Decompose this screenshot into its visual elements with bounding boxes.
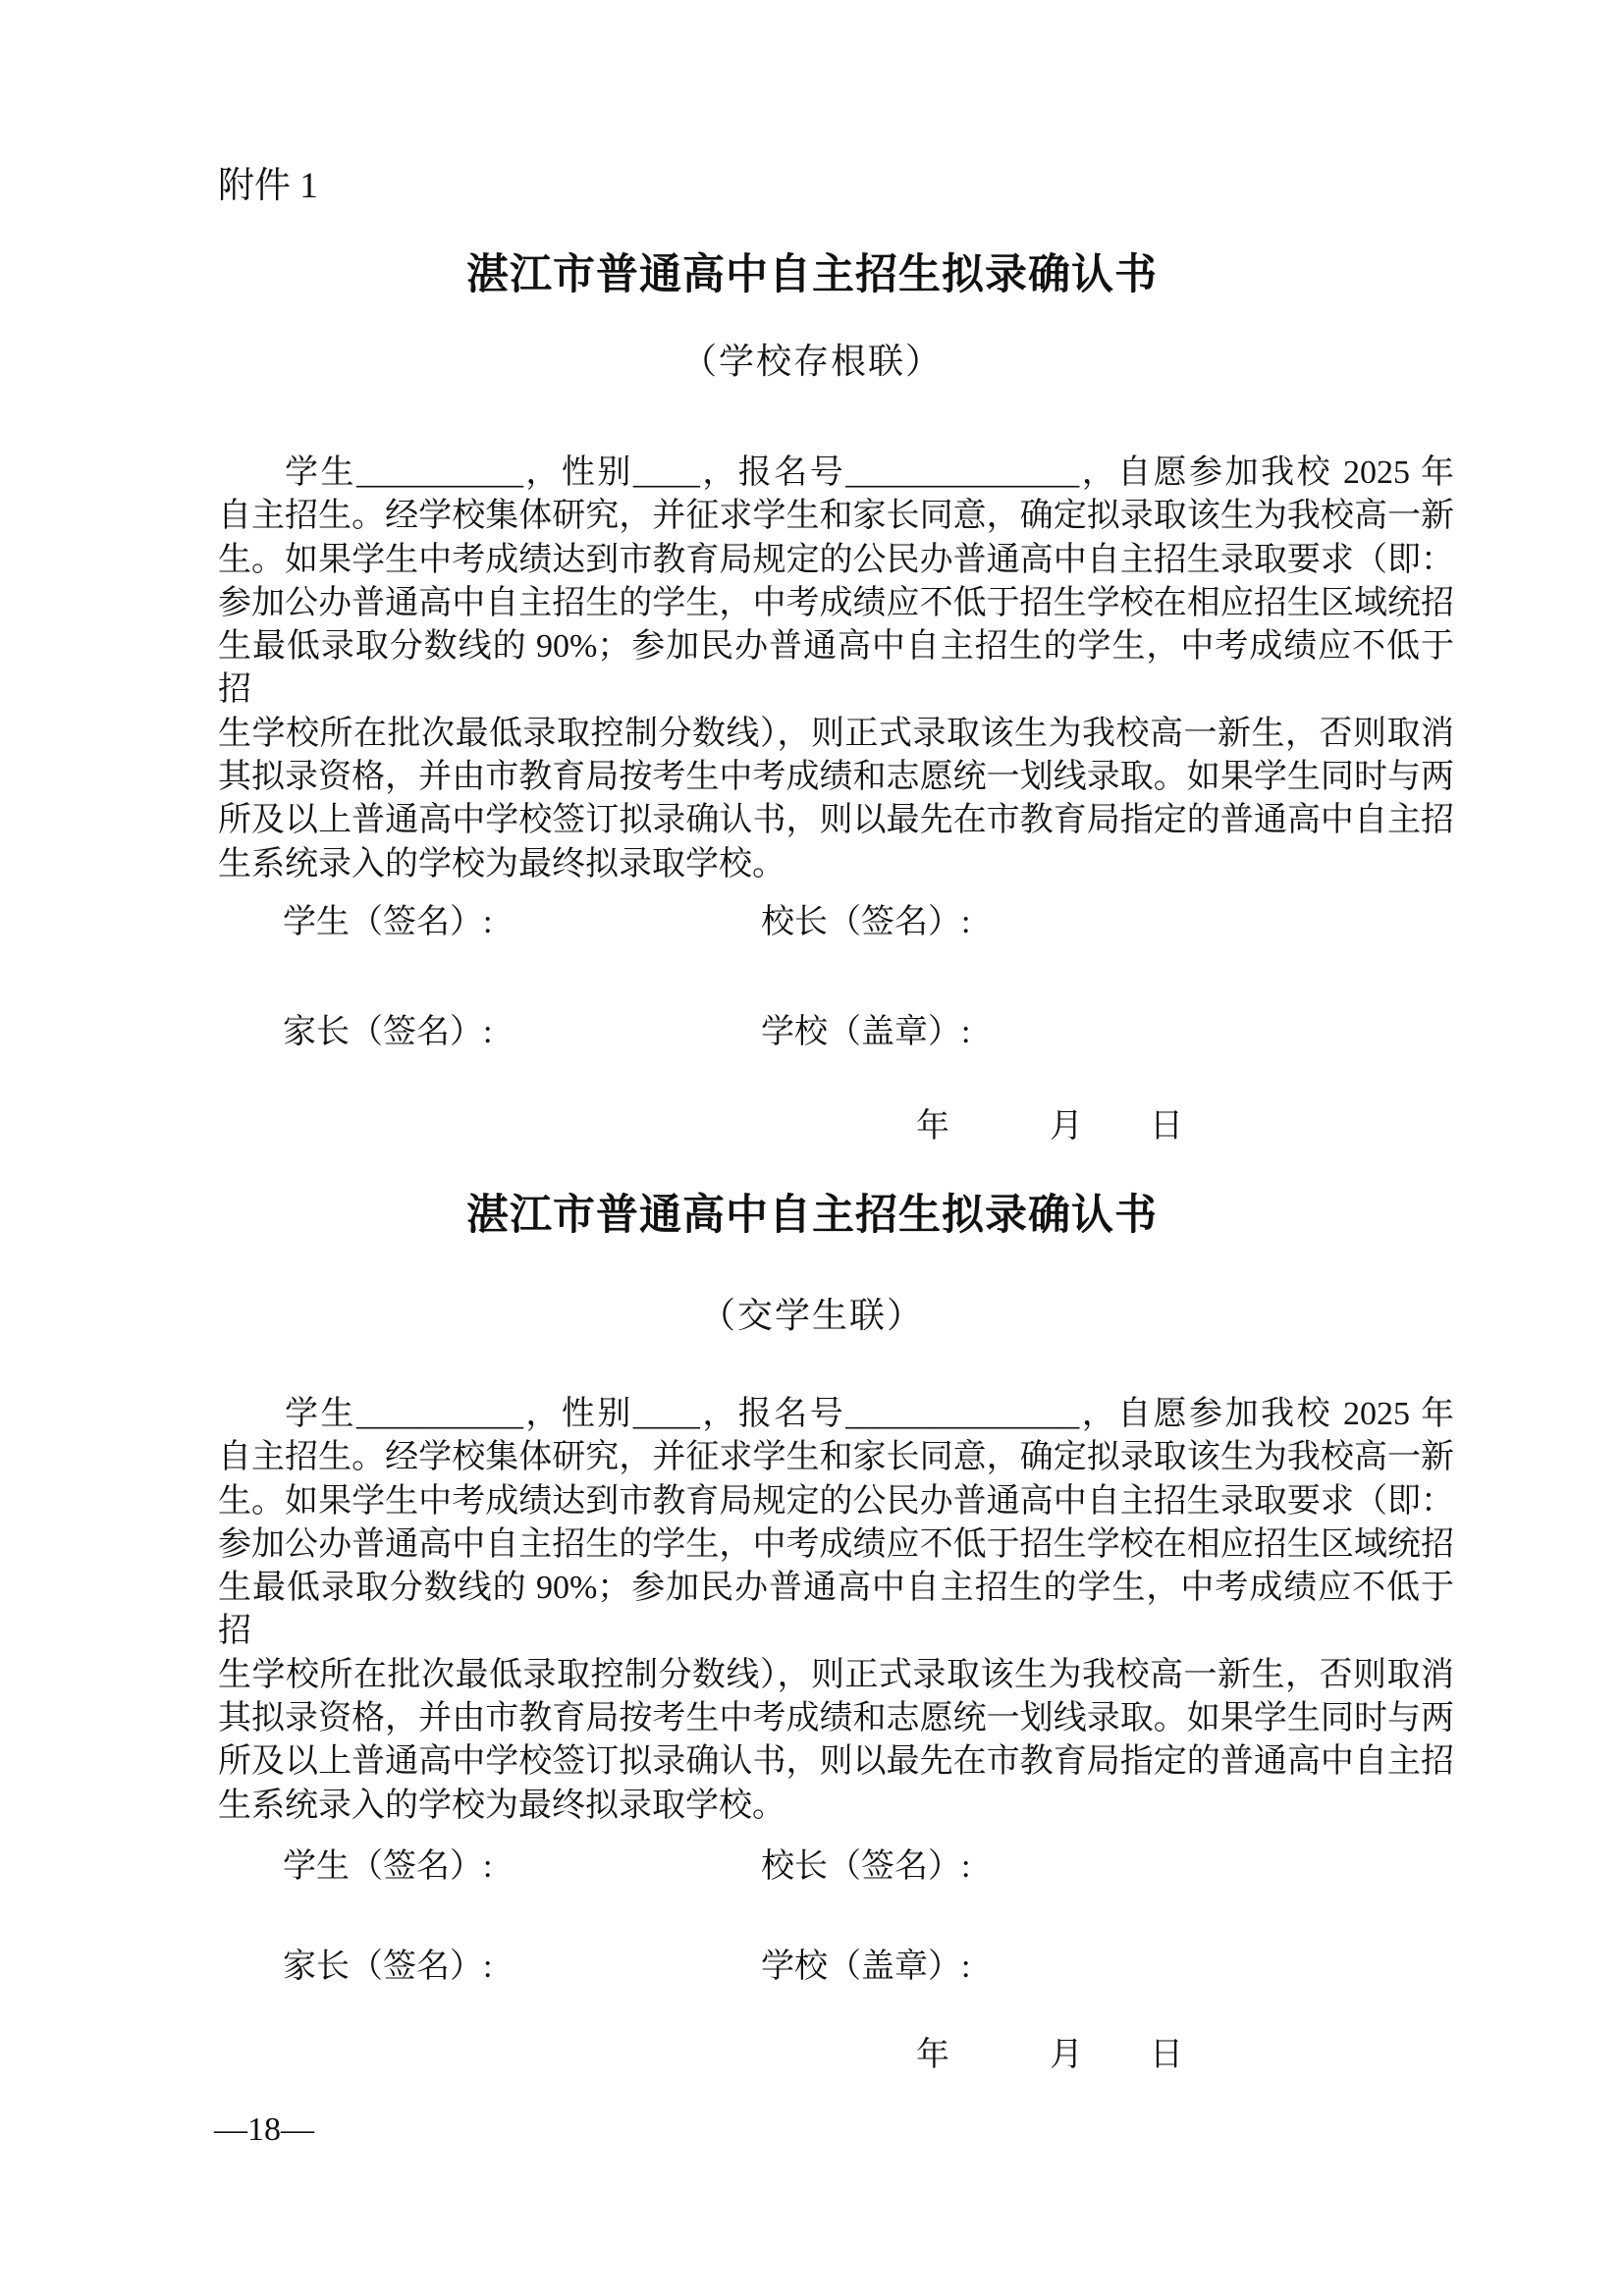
student-signature-label: 学生（签名）: <box>283 901 492 944</box>
paragraph-line: 生学校所在批次最低录取控制分数线），则正式录取该生为我校高一新生，否则取消 <box>218 1654 1454 1697</box>
school-seal-label: 学校（盖章）: <box>761 1011 970 1054</box>
paragraph-line: 自主招生。经学校集体研究，并征求学生和家长同意，确定拟录取该生为我校高一新 <box>218 495 1454 538</box>
principal-signature-label: 校长（签名）: <box>761 901 970 944</box>
paragraph-line: 所及以上普通高中学校签订拟录确认书，则以最先在市教育局指定的普通高中自主招 <box>218 799 1454 842</box>
attachment-label: 附件 1 <box>218 165 318 208</box>
parent-signature-label: 家长（签名）: <box>283 1011 492 1054</box>
paragraph-line: 其拟录资格，并由市教育局按考生中考成绩和志愿统一划线录取。如果学生同时与两 <box>218 1697 1454 1740</box>
section2-subtitle: （交学生联） <box>0 1294 1624 1337</box>
school-seal-label: 学校（盖章）: <box>761 1946 970 1989</box>
paragraph-line: 生学校所在批次最低录取控制分数线），则正式录取该生为我校高一新生，否则取消 <box>218 713 1454 756</box>
paragraph-line: 所及以上普通高中学校签订拟录确认书，则以最先在市教育局指定的普通高中自主招 <box>218 1740 1454 1784</box>
section2-title: 湛江市普通高中自主招生拟录确认书 <box>0 1192 1624 1241</box>
paragraph-line: 生。如果学生中考成绩达到市教育局规定的公民办普通高中自主招生录取要求（即： <box>218 1480 1454 1523</box>
student-signature-label: 学生（签名）: <box>283 1845 492 1889</box>
paragraph-line: 自主招生。经学校集体研究，并征求学生和家长同意，确定拟录取该生为我校高一新 <box>218 1436 1454 1479</box>
paragraph-line: 参加公办普通高中自主招生的学生，中考成绩应不低于招生学校在相应招生区域统招 <box>218 582 1454 625</box>
paragraph-line: 学生__________，性别____，报名号______________，自愿… <box>218 1393 1454 1436</box>
document-page: 附件 1 湛江市普通高中自主招生拟录确认书 （学校存根联） 学生________… <box>0 0 1624 2296</box>
page-number: —18— <box>214 2109 314 2152</box>
section1-subtitle: （学校存根联） <box>0 340 1624 383</box>
principal-signature-label: 校长（签名）: <box>761 1845 970 1889</box>
date-line: 年 月 日 <box>916 2034 1183 2077</box>
paragraph-line: 其拟录资格，并由市教育局按考生中考成绩和志愿统一划线录取。如果学生同时与两 <box>218 756 1454 799</box>
paragraph-line: 学生__________，性别____，报名号______________，自愿… <box>218 452 1454 495</box>
paragraph-line: 生系统录入的学校为最终拟录取学校。 <box>218 1785 1454 1828</box>
date-line: 年 月 日 <box>916 1105 1183 1148</box>
parent-signature-label: 家长（签名）: <box>283 1946 492 1989</box>
paragraph-line: 生系统录入的学校为最终拟录取学校。 <box>218 843 1454 886</box>
section2-paragraph: 学生__________，性别____，报名号______________，自愿… <box>218 1393 1454 1828</box>
section1-paragraph: 学生__________，性别____，报名号______________，自愿… <box>218 452 1454 886</box>
section1-title: 湛江市普通高中自主招生拟录确认书 <box>0 251 1624 300</box>
paragraph-line: 生最低录取分数线的 90%；参加民办普通高中自主招生的学生，中考成绩应不低于招 <box>218 625 1454 713</box>
paragraph-line: 参加公办普通高中自主招生的学生，中考成绩应不低于招生学校在相应招生区域统招 <box>218 1523 1454 1567</box>
paragraph-line: 生最低录取分数线的 90%；参加民办普通高中自主招生的学生，中考成绩应不低于招 <box>218 1567 1454 1654</box>
paragraph-line: 生。如果学生中考成绩达到市教育局规定的公民办普通高中自主招生录取要求（即： <box>218 539 1454 582</box>
